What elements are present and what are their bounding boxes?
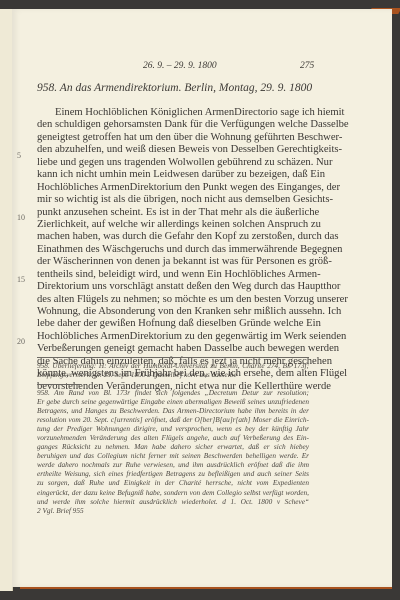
apparatus-line: Empfangsvermerk: pr. 29. Sept. 1800 2 Da… [37, 370, 309, 379]
commentary-line: zu sorgen, daß Ruhe und Einigkeit in der… [37, 478, 309, 487]
commentary-line: Er gebe durch seine gegenwärtige Eingabe… [37, 397, 309, 406]
commentary-line: Betragens, und Hanges zu Beschwerden. Da… [37, 406, 309, 415]
commentary-line: werde dahero nochmals zur Ruhe verwiesen… [37, 460, 309, 469]
body-line: Einem Hochlöblichen Königlichen ArmenDir… [37, 107, 309, 119]
letter-title: 958. An das Armendirektorium. Berlin, Mo… [37, 82, 317, 94]
line-number: 10 [17, 213, 25, 222]
body-line: Hochlöbliches ArmenDirektorium zu den ge… [37, 331, 309, 343]
body-line: liebe und gegen uns tragenden Wolwollen … [37, 157, 309, 169]
commentary-line: ganges Rücksicht zu nehmen. Man habe dah… [37, 442, 309, 451]
body-line: Direktorium uns vorschlägt anstatt deßen… [37, 281, 309, 293]
body-line: machen haben, was durch die Gefahr den K… [37, 231, 309, 243]
commentary-line: eingerückt, der dazu keine Befugniß habe… [37, 488, 309, 497]
body-line: mir so wichtig ist als die übrigen, noch… [37, 194, 309, 206]
body-line: Zierlichkeit, auf welche wir allerdings … [37, 219, 309, 231]
line-number: 20 [17, 337, 25, 346]
running-head-dates: 26. 9. – 29. 9. 1800 [143, 61, 217, 71]
commentary-line: und werde ihm solche hiermit ausdrücklic… [37, 497, 309, 506]
body-line: tentheils sind, beleidigt wird, und wenn… [37, 269, 309, 281]
body-line: geneigtest getroffen hat um den über die… [37, 132, 309, 144]
running-head: 26. 9. – 29. 9. 1800 275 [12, 61, 392, 75]
body-line: kann ich nicht umhin mein Leidwesen darü… [37, 169, 309, 181]
body-line: Hochlöbliches ArmenDirektorium den Punkt… [37, 182, 309, 194]
line-number: 5 [17, 151, 21, 160]
apparatus-note: 958. Überlieferung: H: Archiv der Humbol… [37, 361, 309, 379]
body-line: Wohnung, die Absonderung von den Kranken… [37, 306, 309, 318]
page-number: 275 [300, 61, 314, 71]
apparatus-line: 958. Überlieferung: H: Archiv der Humbol… [37, 361, 309, 370]
commentary-note: 958. Am Rand von Bl. 173r findet sich fo… [37, 388, 309, 515]
body-line: Verbeßerungen geneigt gemacht haben Dass… [37, 343, 309, 355]
commentary-divider [37, 384, 81, 385]
apparatus-divider [37, 357, 309, 358]
body-line: den abzuhelfen, und weiß diesen Beweis v… [37, 144, 309, 156]
commentary-line: 958. Am Rand von Bl. 173r findet sich fo… [37, 388, 309, 397]
book-page: 26. 9. – 29. 9. 1800 275 958. An das Arm… [12, 9, 392, 587]
commentary-line: tung der Prediger Wohnungen dirigire, un… [37, 424, 309, 433]
commentary-line: vorzunehmenden Veränderung des alten Flü… [37, 433, 309, 442]
body-line: des alten Flügels zu nehmen; so möchte e… [37, 294, 309, 306]
commentary-line: ertheilte Weisung, sich eines friedferti… [37, 469, 309, 478]
letter-body: Einem Hochlöblichen Königlichen ArmenDir… [37, 107, 309, 393]
body-line: den schuldigen gehorsamsten Dank für die… [37, 119, 309, 131]
commentary-line: resolution vom 20. Sept. c[urrentis] erö… [37, 415, 309, 424]
commentary-line: 2 Vgl. Brief 955 [37, 506, 309, 515]
body-line: Einathmen des Wäschgeruchs und durch das… [37, 244, 309, 256]
commentary-line: beruhigen und das Collegium nicht ferner… [37, 451, 309, 460]
line-number: 15 [17, 275, 25, 284]
body-line: punkt anzusehen scheint. Es ist in der T… [37, 207, 309, 219]
body-line: der Wäscherinnen von denen ja bekannt is… [37, 256, 309, 268]
body-line: lebe daher der gewißen Hofnung daß diese… [37, 318, 309, 330]
